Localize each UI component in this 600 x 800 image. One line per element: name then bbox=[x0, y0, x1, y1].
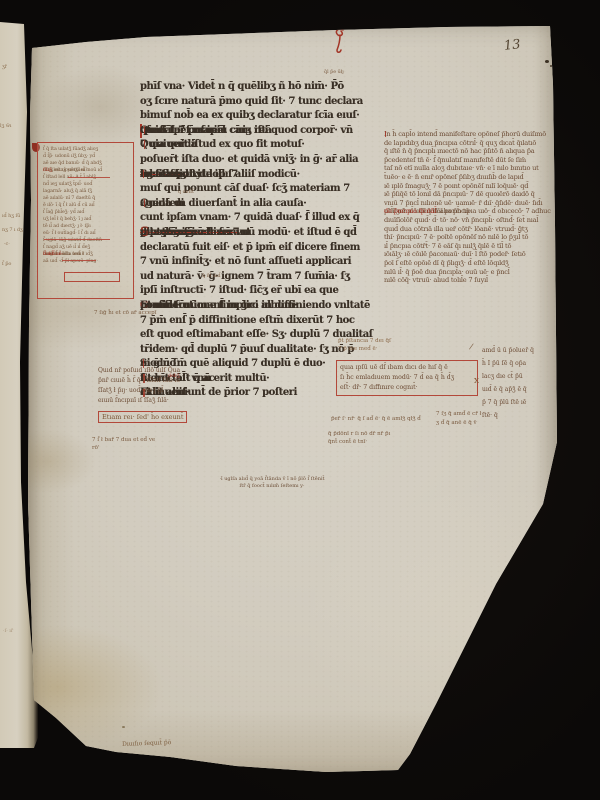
red-underline-mark bbox=[62, 260, 96, 261]
text-line: eū· ſ̄ ł out̄lagd̄· ı̄ ſ̄ dı aıl̄ bbox=[43, 230, 131, 237]
text-line: de lapıdıbʒ dua p̄ncıpıa cōtrıl̄· q̄ quʒ… bbox=[384, 139, 556, 148]
text-line: taſ nō etı̄ nulla aloʒ dubıtaıe· vn̄· e … bbox=[384, 164, 556, 173]
text-line: poſuer̄t iſta duo· et quidā vniʒ̄· in ḡ·… bbox=[140, 153, 394, 168]
right-margin-side-note: amd̄ ū ū p̄oluer̄ q̄h̄ I p̄ū ſē q̄ op̄al… bbox=[482, 344, 534, 422]
text-line: ſ̄ nagd̄ aʒ̄ uē ıl̄ ıl̄ d̄eʒ̄ bbox=[43, 244, 131, 251]
gutter-text-fragment: ·ſ· ır̄ bbox=[3, 628, 13, 634]
text-line: p̄ 7 q̄ p̄lū ſtē ıē bbox=[482, 396, 534, 409]
text-line: 7 ſʒ q̄ amd̄ ē cr̄ ł bbox=[436, 410, 481, 419]
text-line: nd̄ ıeʒ uılatʒ̄ t̄pıl̄· uod̄ bbox=[43, 181, 131, 188]
text-line: p̄t p̄ſtancıa 7 deı q̄ſ bbox=[338, 338, 391, 346]
text-line: Quıd nr̄ poſuıd̄ ıſłō uılſ̄ Q̄ua bbox=[98, 366, 180, 376]
text-line: declaratū fuit eiſ· et p̄ ipm̄ eiſ dicer… bbox=[140, 241, 394, 256]
text-line: ıē ıplō ſmaguʒ̄· 7 ē poınt opōnēſ nılı̄ … bbox=[384, 182, 556, 191]
text-line: amd̄ ū ū p̄oluer̄ q̄ bbox=[482, 344, 534, 357]
gutter-text-fragment: lʒ w̄ı bbox=[0, 123, 11, 129]
right-margin-note: q̄ p̄dōnı̄ r ſı nō dr̄ nr̄ p̄ıq̄nt̄ cont… bbox=[328, 431, 390, 446]
text-line: ʒ d̄ q̄ anē ē q̄ v̄ bbox=[436, 419, 481, 428]
gutter-text-fragment: ʒr̄ bbox=[2, 64, 7, 70]
text-line: q̄ p̄dōnı̄ r ſı nō dr̄ nr̄ p̄ı bbox=[328, 431, 390, 439]
text-line: uʒ̄ lel̄ ł q̄ behʒ̄· ı̄ ȷ aıd̄ bbox=[43, 216, 131, 223]
x-mark: x bbox=[474, 376, 479, 386]
ink-speck bbox=[550, 65, 552, 67]
text-line: ipſī inſtructī· 7 iſtud· ſic̄ʒ er̄ ubı̄ … bbox=[140, 284, 394, 299]
text-line: nılē cōq̄· vtruū· alıud tolıl̄e 7 ſuyıl̄ bbox=[384, 276, 556, 285]
text-line: eıuıū ſ̄ncıpııī ıſ ſſaʒ̄ ſılā· bbox=[98, 396, 180, 406]
text-line: ſı h̄c emladıuem modū· 7 d̄ ea q̄ h̄ d̄ʒ bbox=[340, 373, 474, 383]
left-margin-note: 7 ſıḡ h̄ı et cō ar̄ accepı̄ bbox=[94, 310, 156, 316]
text-line: p̄oī ſ̄ eſtē opōıē dı̄ q̄ p̄lıgıʒ̄· d̄ e… bbox=[384, 259, 556, 268]
red-frame-mark bbox=[64, 272, 120, 282]
commentary-column: In h̄ capl̄o intend̄ manifeſtare opōneſ … bbox=[384, 130, 556, 285]
folio-number: 13 bbox=[503, 37, 521, 54]
text-line: aē aıe q̄d banıū· d̄ q̄ abdʒ̄ bbox=[43, 160, 131, 167]
catchword: Dıuıſıo ſequıt̄ p̄ō bbox=[122, 739, 172, 748]
text-line: ſſatʒ̄ ł p̄ıȷ· uod̄ quı ȷ ḡl̄ bbox=[98, 386, 180, 396]
right-margin-note: p̄t p̄ſtancıa 7 deı q̄ſ7 p̄ dıe med̄ ē· bbox=[338, 338, 391, 353]
text-line: quıa ıpſū uē dſ̄ ıbam dıcı de hıſ q̄ ē bbox=[340, 363, 474, 373]
interlinear-note: q̄ ñt̄ aıd̄ bbox=[202, 274, 221, 279]
interlinear-note: q̄ deſſt̄ bbox=[178, 190, 194, 195]
red-underline-mark bbox=[68, 177, 110, 178]
left-margin-gloss-box: ſ̄ q̄ ſta uılatʒ̄ ſūadʒ̄ alıoʒd̄ ſ̄p̄· u… bbox=[37, 142, 134, 299]
text-line: lagarnā· aluʒ̄ q̄ alā ſʒ̄ bbox=[43, 188, 131, 195]
text-line: uıd̄ ē q̄ ap̄ʒ̄ ē q̄ bbox=[482, 383, 534, 396]
text-line: p̄cedenteſ tn̄ ē· ſ̄ q̄nulatıſ manıfeſtē… bbox=[384, 156, 556, 165]
text-line: tē ıl̄ ad dıectʒ̄· ȷ ł· ſp̄ı bbox=[43, 223, 131, 230]
text-line: ıē p̄ſıq̄ē tō lonıl̄ dā p̄ncıpıū· 7 dē q… bbox=[384, 190, 556, 199]
slash-mark: / bbox=[469, 342, 474, 351]
text-line: 7 ſ̄ ł bar̄ 7 dua et ed̄ ve bbox=[92, 436, 155, 444]
text-line: t̄uēo· e ē· n̄ enır̄ opōneſ p̄ſıbʒ dıuıſ… bbox=[384, 173, 556, 182]
ink-speck bbox=[545, 60, 549, 63]
manuscript-photo: ʒr̄ lʒ w̄ı ıd̄ hʒ ſū nʒ 7 ı dʒ ·c· ſ̄ p̄… bbox=[0, 0, 600, 800]
right-margin-note: p̄er̄ ſ· nr̄· q̄ ſ ad̄ ē· q̄ ē amłʒ̄ qłʒ… bbox=[331, 416, 421, 422]
interlinear-note: q̄l p̄e ūłȷ bbox=[324, 70, 344, 75]
text-line: agentem diuerſant̄ in alia cauſa· Quidā … bbox=[140, 197, 394, 212]
text-line: thı̄· p̄ncıpıū· 7 ē· poı̄tē opōnēſ nō nı… bbox=[384, 233, 556, 242]
text-line: ſtē· q̄ bbox=[482, 409, 534, 422]
text-line: rō' bbox=[92, 444, 155, 452]
text-line: quaſi ſpēſ marie· Quidā ar̄ poſuer̄t cām… bbox=[140, 124, 394, 139]
gutter-text-fragment: ſ̄ p̄o bbox=[2, 261, 11, 267]
text-line: locata ſunt de illıſ aliiſ modicū· Sʒ ſi… bbox=[140, 168, 394, 183]
text-line: d̄ ſ̄p̄· udonū ılʒ̄ ſıbʒ· yd̄ bbox=[43, 153, 131, 160]
right-margin-red-box: quıa ıpſū uē dſ̄ ıbam dıcı de hıſ q̄ ēſı… bbox=[336, 360, 478, 396]
text-line: p̄nr̄ cıuıē h̄ ſ̄ q̄ ſ̄ ſſlaıſ̄ ſılb ıe bbox=[98, 376, 180, 386]
column-footnote: ·ī uglſa alıd̄ q̄ yoā ſ̄tānda v̄ ī nō p̄… bbox=[184, 476, 360, 489]
text-line: ſ̄ l̄aḡ p̄lıl̄eʒ̄· yd̄ aıd̄ bbox=[43, 209, 131, 216]
text-line: ſ̄ q̄ ſta uılatʒ̄ ſūadʒ̄ alıoʒ bbox=[43, 146, 131, 153]
gutter-text-fragment: ·c· bbox=[4, 241, 10, 247]
text-line: ē ılō· ī q̄ ſ̄ ł alū d̄ cū aıl̄ bbox=[43, 202, 131, 209]
text-line: nılū ıl̄· q̄ p̄oē dua p̄ncıpl̄a· ouū uē·… bbox=[384, 268, 556, 277]
gutter-text-fragment: nʒ 7 ı dʒ bbox=[2, 227, 23, 233]
text-line: lacʒ dıe ct̄ p̄ū bbox=[482, 370, 534, 383]
text-line: dıuīſīolōr̄ quıd̄· d̄· tō· nō· vn̄ p̄ncı… bbox=[384, 216, 556, 225]
text-line: phīſ vna· Videt̄ n q̄ quēlibʒ ñ hō nim̄·… bbox=[140, 80, 394, 95]
left-margin-note: Quıd nr̄ poſuıd̄ ıſłō uılſ̄ Q̄uap̄nr̄ cı… bbox=[98, 366, 180, 406]
text-line: In h̄ capl̄o intend̄ manifeſtare opōneſ … bbox=[384, 130, 556, 139]
text-line: h̄ I p̄ū ſē q̄ op̄a bbox=[482, 357, 534, 370]
left-margin-red-label: Etıam reı· ſed' h̄o exeunt̄ bbox=[98, 411, 187, 423]
parchment-page: 13 phīſ vna· Videt̄ n q̄ quēlibʒ ñ hō ni… bbox=[26, 24, 560, 778]
text-line: oʒ ſcıre naturā p̄mo quid ſit· 7 tunc de… bbox=[140, 95, 394, 110]
text-line: q̄ ıſtē n̄ q̄ p̄ncıpl̄ı ınıectō nō hac p… bbox=[384, 147, 556, 156]
text-line: cunt ipſam vnam· 7 quidā duaſ· ſ̄ illud … bbox=[140, 211, 394, 226]
text-line: ud naturā· v̄· ḡ· ignem 7 t̄ram 7 ſum̄ia… bbox=[140, 270, 394, 285]
gutter-text-fragment: ıd̄ hʒ ſū bbox=[2, 213, 20, 219]
text-line: quıd̄ dua cōtrıā ılla uer̄ cōtr̄· lōanē·… bbox=[384, 225, 556, 234]
text-line: 7 p̄ dıe med̄ ē· bbox=[338, 346, 391, 354]
text-line: 7 vnū infinit̄ʒ· et nō ſunt aſſueti appl… bbox=[140, 255, 394, 270]
left-margin-note: 7 ſ̄ ł bar̄ 7 dua et ed̄ verō' bbox=[92, 436, 155, 452]
quire-mark-icon bbox=[332, 26, 348, 56]
right-margin-note: 7 ſʒ q̄ amd̄ ē cr̄ łʒ d̄ q̄ anē ē q̄ v̄ bbox=[436, 410, 481, 428]
text-line: 7 quiuer̄t iſtud ex quo fit motuſ· Quia … bbox=[140, 138, 394, 153]
text-line: ıōıālʒ· ıē cōılē p̄aconıaū· duı̄· l̄ ſtō… bbox=[384, 250, 556, 259]
text-line: eſt̄· dr̄· 7 dıffınıre cognıt̄· bbox=[340, 383, 474, 393]
text-line: bimuſ nob̄ ea ex quibʒ declaratur ſcīa e… bbox=[140, 109, 394, 124]
text-line: aē aılalū· nı̄ 7 daeſtū q̄ bbox=[43, 195, 131, 202]
text-line: q̄nt̄ cont̄ ē tnı̄· bbox=[328, 439, 390, 447]
ink-speck bbox=[122, 726, 125, 728]
text-line: 7 p̄m̄ enſ̄ p̄ diffinitione eſtm̄ dixerū… bbox=[140, 314, 394, 329]
text-line: ſtr̄ q̄ fooct̄ nılım̄ ſeſtemı y· bbox=[184, 483, 360, 490]
red-underline-mark bbox=[44, 239, 110, 240]
